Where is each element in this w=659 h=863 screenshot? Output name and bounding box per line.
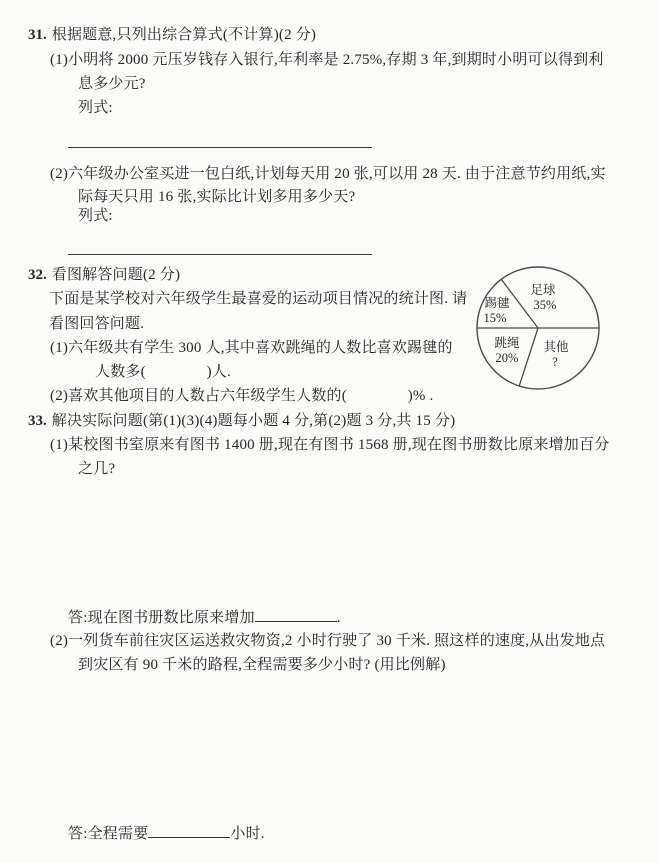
q32-part1-line2: 人数多( )人.: [95, 364, 231, 381]
q31-part1-lieshi-label: 列式:: [78, 100, 113, 117]
answer-blank: [255, 608, 337, 622]
q33-answer2-prefix: 答:全程需要: [68, 826, 148, 842]
q32-part2-line: (2)喜欢其他项目的人数占六年级学生人数的( )% .: [50, 388, 433, 405]
answer-rule: [68, 254, 372, 255]
q31-part1-line1: (1)小明将 2000 元压岁钱存入银行,年利率是 2.75%,存期 3 年,到…: [50, 52, 604, 69]
q31-part2-lieshi-label: 列式:: [78, 208, 113, 225]
q33-part1-line2: 之几?: [78, 461, 115, 478]
question-31-number: 31.: [28, 27, 47, 43]
q32-intro-line1: 下面是某学校对六年级学生最喜爱的运动项目情况的统计图. 请: [49, 291, 467, 308]
pie-label-rope: 跳绳: [494, 337, 519, 350]
pie-label-other: 其他: [543, 341, 568, 354]
q33-answer1-suffix: .: [337, 610, 341, 626]
q33-part1-line1: (1)某校图书室原来有图书 1400 册,现在有图书 1568 册,现在图书册数…: [50, 437, 609, 454]
q33-part2-line2: 到灾区有 90 千米的路程,全程需要多少小时? (用比例解): [78, 657, 446, 674]
q31-part1-line2: 息多少元?: [78, 76, 146, 93]
q31-part2-line2: 际每天只用 16 张,实际比计划多用多少天?: [78, 189, 355, 206]
pie-value-jianzi: 15%: [484, 312, 507, 325]
answer-blank: [148, 824, 230, 838]
q32-part1-line1: (1)六年级共有学生 300 人,其中喜欢跳绳的人数比喜欢踢毽的: [50, 340, 453, 357]
q33-answer1-prefix: 答:现在图书册数比原来增加: [68, 610, 255, 626]
pie-value-other: ?: [552, 356, 558, 369]
pie-divider-lower: [519, 328, 538, 386]
q33-answer2-suffix: 小时.: [230, 826, 264, 842]
question-33-number: 33.: [28, 413, 47, 429]
pie-label-jianzi: 踢毽: [484, 297, 509, 310]
question-32-number: 32.: [28, 267, 47, 283]
pie-label-soccer: 足球: [530, 284, 555, 297]
answer-rule: [68, 147, 372, 148]
pie-value-rope: 20%: [496, 352, 519, 365]
question-33-title: 解决实际问题(第(1)(3)(4)题每小题 4 分,第(2)题 3 分,共 15…: [52, 413, 456, 429]
q32-intro-line2: 看图回答问题.: [49, 316, 144, 333]
question-32-heading: 32.看图解答问题(2 分): [28, 267, 180, 284]
q31-part2-line1: (2)六年级办公室买进一包白纸,计划每天用 20 张,可以用 28 天. 由于注…: [50, 166, 606, 183]
question-33-heading: 33.解决实际问题(第(1)(3)(4)题每小题 4 分,第(2)题 3 分,共…: [28, 413, 455, 430]
question-32-title: 看图解答问题(2 分): [52, 267, 180, 283]
pie-chart: [470, 261, 610, 397]
q33-answer1-line: 答:现在图书册数比原来增加.: [68, 608, 341, 627]
pie-value-soccer: 35%: [534, 299, 557, 312]
question-31-title: 根据题意,只列出综合算式(不计算)(2 分): [52, 27, 316, 43]
exam-page: 31.根据题意,只列出综合算式(不计算)(2 分) (1)小明将 2000 元压…: [0, 0, 659, 863]
question-31-heading: 31.根据题意,只列出综合算式(不计算)(2 分): [28, 27, 316, 44]
q33-part2-line1: (2)一列货车前往灾区运送救灾物资,2 小时行驶了 30 千米. 照这样的速度,…: [50, 633, 605, 650]
q33-answer2-line: 答:全程需要小时.: [68, 824, 265, 843]
